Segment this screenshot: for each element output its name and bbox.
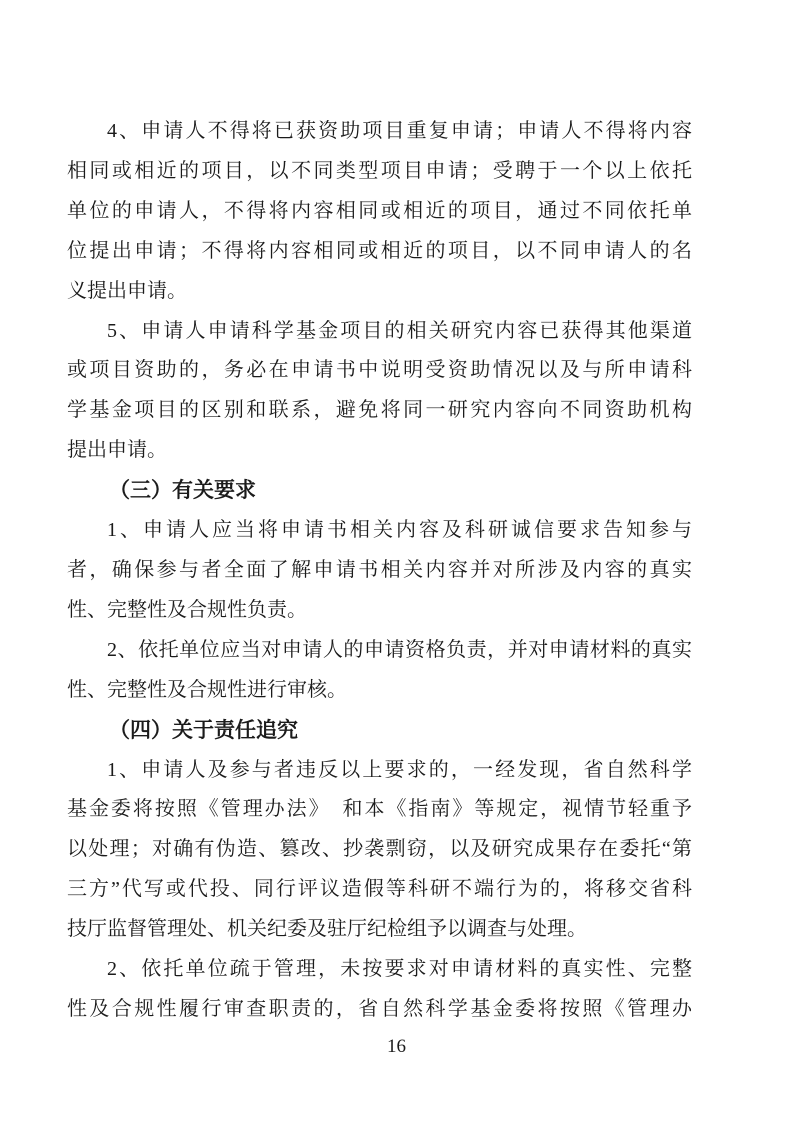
text-line: 位提出申请；不得将内容相同或相近的项目，以不同申请人的名 [67,232,692,272]
body-paragraph: 1、申请人及参与者违反以上要求的，一经发现，省自然科学基金委将按照《管理办法》 … [67,751,692,951]
body-paragraph: 2、依托单位应当对申请人的申请资格负责，并对申请材料的真实性、完整性及合规性进行… [67,631,692,711]
text-line: 性、完整性及合规性负责。 [67,591,692,631]
text-line: 三方”代写或代投、同行评议造假等科研不端行为的，将移交省科 [67,870,692,910]
section-heading: （三）有关要求 [67,471,692,511]
page-body: 4、申请人不得将已获资助项目重复申请；申请人不得将内容相同或相近的项目，以不同类… [67,112,692,1030]
text-line: 2、依托单位疏于管理，未按要求对申请材料的真实性、完整 [67,950,692,990]
text-line: 者，确保参与者全面了解申请书相关内容并对所涉及内容的真实 [67,551,692,591]
page-footer: 16 [0,1034,793,1060]
text-line: 1、申请人及参与者违反以上要求的，一经发现，省自然科学 [67,751,692,791]
text-line: 单位的申请人，不得将内容相同或相近的项目，通过不同依托单 [67,192,692,232]
text-line: 技厅监督管理处、机关纪委及驻厅纪检组予以调查与处理。 [67,910,692,950]
text-line: 性、完整性及合规性进行审核。 [67,671,692,711]
text-line: 相同或相近的项目，以不同类型项目申请；受聘于一个以上依托 [67,152,692,192]
body-paragraph: 1、申请人应当将申请书相关内容及科研诚信要求告知参与者，确保参与者全面了解申请书… [67,511,692,631]
section-heading: （四）关于责任追究 [67,711,692,751]
text-line: 基金委将按照《管理办法》 和本《指南》等规定，视情节轻重予 [67,790,692,830]
text-line: 以处理；对确有伪造、篡改、抄袭剽窃，以及研究成果存在委托“第 [67,830,692,870]
text-line: 学基金项目的区别和联系，避免将同一研究内容向不同资助机构 [67,391,692,431]
document-page: 4、申请人不得将已获资助项目重复申请；申请人不得将内容相同或相近的项目，以不同类… [0,0,793,1122]
body-paragraph: 4、申请人不得将已获资助项目重复申请；申请人不得将内容相同或相近的项目，以不同类… [67,112,692,312]
page-number: 16 [387,1036,406,1057]
text-line: 4、申请人不得将已获资助项目重复申请；申请人不得将内容 [67,112,692,152]
text-line: 义提出申请。 [67,272,692,312]
body-paragraph: 5、申请人申请科学基金项目的相关研究内容已获得其他渠道或项目资助的，务必在申请书… [67,312,692,472]
text-line: 1、申请人应当将申请书相关内容及科研诚信要求告知参与 [67,511,692,551]
text-line: 提出申请。 [67,431,692,471]
text-line: 2、依托单位应当对申请人的申请资格负责，并对申请材料的真实 [67,631,692,671]
text-line: 或项目资助的，务必在申请书中说明受资助情况以及与所申请科 [67,351,692,391]
text-line: 性及合规性履行审查职责的，省自然科学基金委将按照《管理办 [67,990,692,1030]
text-line: 5、申请人申请科学基金项目的相关研究内容已获得其他渠道 [67,312,692,352]
body-paragraph: 2、依托单位疏于管理，未按要求对申请材料的真实性、完整性及合规性履行审查职责的，… [67,950,692,1030]
